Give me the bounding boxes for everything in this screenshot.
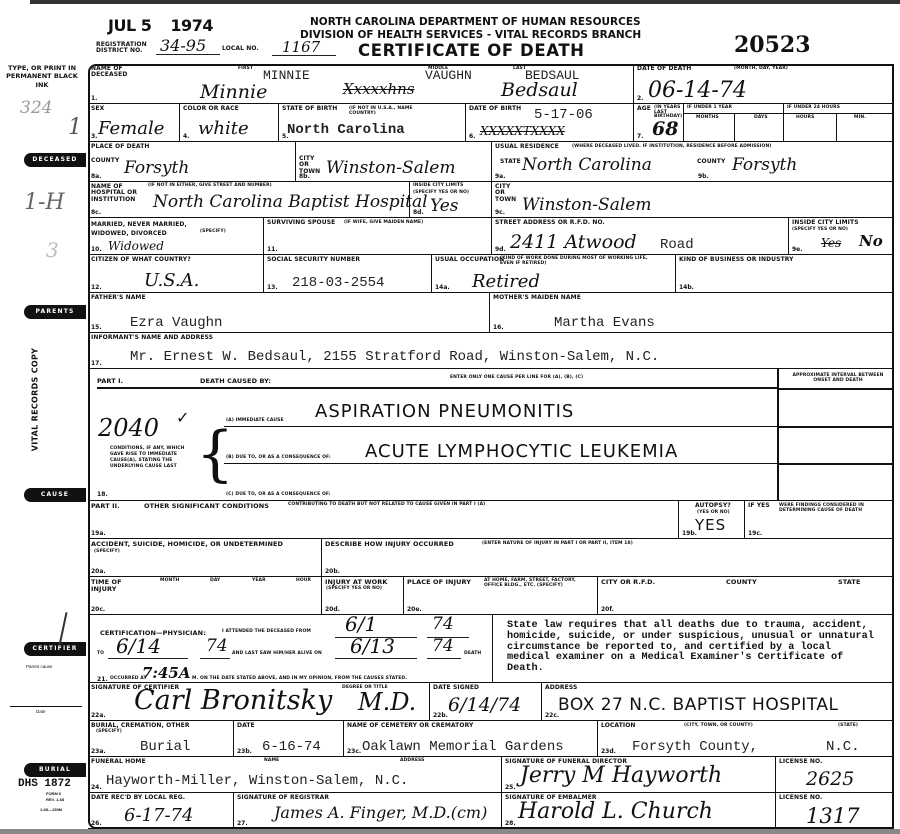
label-cause-c: (c) DUE TO, OR AS A CONSEQUENCE OF:: [226, 493, 331, 498]
certifier-note: Parent cause: [26, 664, 53, 669]
num-28: 28.: [505, 820, 516, 827]
section-tab-deceased: DECEASED: [24, 153, 86, 167]
num-19a: 19a.: [91, 530, 106, 537]
label-cause-a: (a) IMMEDIATE CAUSE: [226, 419, 284, 424]
label-date-of-birth: DATE OF BIRTH: [469, 106, 521, 112]
death-county-value: Forsyth: [124, 158, 189, 178]
num-9a: 9a.: [495, 173, 506, 180]
num-22c: 22c.: [545, 712, 559, 719]
res-city-value: Winston-Salem: [522, 195, 651, 215]
ink-instruction: TYPE, OR PRINT IN PERMANENT BLACK INK: [2, 64, 82, 89]
label-autopsy-sub: (YES OR NO): [697, 511, 730, 516]
field-citizenship[interactable]: CITIZEN OF WHAT COUNTRY? U.S.A. 12.: [88, 255, 264, 293]
num-13: 13.: [267, 284, 278, 291]
label-first: FIRST: [238, 67, 253, 72]
num-20f: 20f.: [601, 606, 614, 613]
check-mark-icon: ✓: [176, 408, 189, 428]
label-marital: MARRIED, NEVER MARRIED, WIDOWED, DIVORCE…: [91, 220, 211, 238]
num-10: 10.: [91, 246, 102, 253]
hospital-value: North Carolina Baptist Hospital: [153, 192, 428, 212]
num-12: 12.: [91, 284, 102, 291]
vital-records-copy: VITAL RECORDS COPY: [31, 345, 40, 455]
local-no-label: LOCAL NO.: [222, 46, 259, 52]
res-state-value: North Carolina: [522, 155, 652, 175]
first-name-typed: MINNIE: [263, 68, 310, 83]
label-time-of-injury: TIME OF INJURY: [91, 579, 131, 593]
last-saw-value: 6/13: [350, 634, 395, 658]
attended-from-value: 6/1: [345, 612, 377, 636]
label-manner: ACCIDENT, SUICIDE, HOMICIDE, OR UNDETERM…: [91, 541, 283, 548]
label-cause-instruction: ENTER ONLY ONE CAUSE PER LINE FOR (a), (…: [450, 376, 583, 381]
label-conditions-note: CONDITIONS, IF ANY, WHICH GAVE RISE TO I…: [110, 446, 190, 470]
field-cemetery[interactable]: NAME OF CEMETERY OR CREMATORY Oaklawn Me…: [344, 721, 598, 757]
res-inside-value: No: [859, 232, 883, 250]
field-business[interactable]: KIND OF BUSINESS OR INDUSTRY 14b.: [676, 255, 894, 293]
label-mother: MOTHER'S MAIDEN NAME: [493, 295, 581, 301]
label-part-1: PART I.: [97, 378, 123, 385]
field-death-city[interactable]: CITY OR TOWN Winston-Salem 8b.: [296, 142, 492, 182]
label-cause-b: (b) DUE TO, OR AS A CONSEQUENCE OF:: [226, 456, 331, 461]
label-part-2: PART II.: [91, 503, 120, 510]
field-embalmer-signature[interactable]: SIGNATURE OF EMBALMER Harold L. Church 2…: [502, 793, 776, 829]
location-state-value: N.C.: [826, 739, 860, 755]
informant-value: Mr. Ernest W. Bedsaul, 2155 Stratford Ro…: [130, 349, 659, 365]
cause-code: 2040: [98, 414, 159, 442]
brace-glyph: {: [196, 424, 234, 484]
registrar-value: James A. Finger, M.D.(cm): [274, 803, 487, 822]
field-residence-state-county[interactable]: USUAL RESIDENCE (WHERE DECEASED LIVED. I…: [492, 142, 894, 182]
middle-name-hand-struck: Xxxxxhns: [343, 80, 415, 98]
field-race[interactable]: COLOR OR RACE white 4.: [180, 104, 279, 142]
num-1: 1.: [91, 95, 97, 102]
form-meta-1: FORM 6: [46, 791, 61, 796]
field-occupation[interactable]: USUAL OCCUPATION (KIND OF WORK DONE DURI…: [432, 255, 676, 293]
scan-edge-top: [30, 0, 900, 4]
field-residence-city[interactable]: CITY OR TOWN Winston-Salem 9c.: [492, 182, 894, 218]
label-month: MONTH: [160, 579, 179, 584]
field-under-24-hours[interactable]: IF UNDER 24 HOURS HOURS MIN.: [784, 104, 894, 142]
label-burial-date: DATE: [237, 723, 255, 729]
stamp-year: 1974: [170, 16, 213, 35]
field-embalmer-license[interactable]: LICENSE NO. 1317: [776, 793, 894, 829]
director-license-value: 2625: [806, 768, 854, 790]
death-city-value: Winston-Salem: [326, 158, 455, 178]
res-inside-struck: Yes: [821, 236, 841, 250]
num-23c: 23c.: [347, 748, 361, 755]
num-5: 5.: [282, 133, 288, 140]
num-23a: 23a.: [91, 748, 106, 755]
field-injury-at-work[interactable]: INJURY AT WORK (SPECIFY YES OR NO) 20d.: [322, 577, 404, 615]
field-ssn[interactable]: SOCIAL SECURITY NUMBER 218-03-2554 13.: [264, 255, 432, 293]
field-certifier-address[interactable]: ADDRESS BOX 27 N.C. BAPTIST HOSPITAL 22c…: [542, 683, 894, 721]
label-year: YEAR: [252, 579, 266, 584]
pencil-mark-1: 324: [20, 98, 52, 118]
res-county-value: Forsyth: [732, 155, 797, 175]
num-9d: 9d.: [495, 246, 506, 253]
certificate-number: 20523: [734, 32, 811, 58]
label-at-work-sub: (SPECIFY YES OR NO): [326, 587, 382, 592]
label-res-city: CITY OR TOWN: [495, 184, 519, 203]
label-race: COLOR OR RACE: [183, 106, 239, 112]
label-place-of-death: PLACE OF DEATH: [91, 144, 150, 150]
label-date-received: DATE REC'D BY LOCAL REG.: [91, 795, 185, 801]
section-tab-parents: PARENTS: [24, 305, 86, 319]
field-date-of-death[interactable]: DATE OF DEATH (MONTH, DAY, YEAR) 06-14-7…: [634, 64, 894, 104]
age-value: 68: [652, 118, 678, 140]
race-value: white: [198, 118, 249, 139]
label-describe: DESCRIBE HOW INJURY OCCURRED: [325, 541, 454, 548]
field-age[interactable]: AGE (IN YEARS LAST BIRTHDAY) 68 7.: [634, 104, 684, 142]
label-place-sub: AT HOME, FARM, STREET, FACTORY, OFFICE B…: [484, 579, 594, 588]
field-mother-maiden-name[interactable]: MOTHER'S MAIDEN NAME Martha Evans 16.: [490, 293, 894, 333]
num-15: 15.: [91, 324, 102, 331]
label-address: ADDRESS: [545, 685, 577, 691]
street-value-hand: 2411 Atwood: [510, 231, 637, 253]
funeral-director-value: Jerry M Hayworth: [520, 763, 722, 788]
field-manner[interactable]: ACCIDENT, SUICIDE, HOMICIDE, OR UNDETERM…: [88, 539, 322, 577]
field-date-of-birth[interactable]: DATE OF BIRTH 5-17-06 XXXXXTXXXX 6.: [466, 104, 634, 142]
num-24: 24.: [91, 784, 102, 791]
num-20d: 20d.: [325, 606, 340, 613]
label-ssn: SOCIAL SECURITY NUMBER: [267, 257, 360, 263]
registration-district-value: 34-95: [160, 36, 206, 55]
num-25: 25.: [505, 784, 516, 791]
middle-name-typed: VAUGHN: [425, 68, 472, 83]
num-22b: 22b.: [433, 712, 448, 719]
funeral-home-value: Hayworth-Miller, Winston-Salem, N.C.: [106, 773, 408, 789]
label-at-work: INJURY AT WORK: [325, 579, 388, 586]
num-18: 18.: [97, 492, 108, 498]
occupation-value: Retired: [472, 271, 540, 292]
num-4: 4.: [183, 133, 189, 140]
label-informant: INFORMANT'S NAME AND ADDRESS: [91, 335, 213, 341]
label-state-of-birth: STATE OF BIRTH: [282, 106, 337, 112]
num-17: 17.: [91, 360, 102, 367]
label-place-of-injury: PLACE OF INJURY: [407, 579, 471, 586]
num-11: 11.: [267, 246, 278, 253]
pencil-mark-2: 1: [68, 115, 82, 140]
father-value: Ezra Vaughn: [130, 315, 222, 331]
field-father-name[interactable]: FATHER'S NAME Ezra Vaughn 15.: [88, 293, 490, 333]
num-22a: 22a.: [91, 712, 106, 719]
date-signed-value: 6/14/74: [448, 694, 521, 716]
field-under-1-year[interactable]: IF UNDER 1 YEAR MONTHS DAYS: [684, 104, 784, 142]
label-other-conditions-sub: CONTRIBUTING TO DEATH BUT NOT RELATED TO…: [288, 503, 485, 508]
registration-underline: [156, 54, 220, 55]
num-9c: 9c.: [495, 209, 505, 216]
label-disposition-sub: (SPECIFY): [96, 730, 122, 735]
label-occupation-sub: (KIND OF WORK DONE DURING MOST OF WORKIN…: [500, 257, 650, 266]
burial-date-value: 6-16-74: [262, 739, 321, 755]
field-street-address[interactable]: STREET ADDRESS OR R.F.D. No. 2411 Atwood…: [492, 218, 789, 255]
label-father: FATHER'S NAME: [91, 295, 146, 301]
num-19c: 19c.: [748, 530, 762, 537]
label-sex: SEX: [91, 106, 104, 112]
sex-value: Female: [98, 118, 164, 139]
label-if-yes: IF YES: [748, 503, 770, 509]
local-no-underline: [272, 55, 336, 56]
date-of-death-value: 06-14-74: [648, 78, 747, 103]
field-name-of-deceased[interactable]: NAME OF DECEASED FIRST MIDDLE LAST MINNI…: [88, 64, 634, 104]
label-findings: WERE FINDINGS CONSIDERED IN DETERMINING …: [779, 504, 889, 513]
form-id: DHS 1872: [18, 778, 71, 790]
form-meta-3: 1-68—150M: [40, 807, 62, 812]
date-of-birth-struck: XXXXXTXXXX: [480, 124, 565, 138]
state-law-note: State law requires that all deaths due t…: [507, 621, 879, 675]
stamp-date: JUL 5: [108, 16, 151, 35]
field-injury-location[interactable]: CITY OR R.F.D. COUNTY STATE 20f.: [598, 577, 894, 615]
num-14a: 14a.: [435, 284, 450, 291]
num-14b: 14b.: [679, 284, 694, 291]
registration-district-label: REGISTRATION DISTRICT NO.: [96, 42, 158, 55]
label-name: NAME OF DECEASED: [91, 66, 131, 79]
field-autopsy[interactable]: AUTOPSY? (YES OR NO) YES 19b.: [679, 501, 745, 539]
label-residence: USUAL RESIDENCE: [495, 144, 559, 150]
label-occurred-suffix: M. ON THE DATE STATED ABOVE, AND IN MY O…: [192, 677, 407, 682]
field-date-received[interactable]: DATE REC'D BY LOCAL REG. 6-17-74 26.: [88, 793, 234, 829]
time-of-death-value: 7:45A: [142, 664, 191, 682]
num-3: 3.: [91, 133, 97, 140]
label-attended-from: I ATTENDED THE DECEASED FROM: [222, 630, 311, 635]
num-23b: 23b.: [237, 748, 252, 755]
field-burial-date[interactable]: DATE 6-16-74 23b.: [234, 721, 344, 757]
num-20e: 20e.: [407, 606, 422, 613]
label-embalmer-license: LICENSE NO.: [779, 795, 822, 801]
label-residence-sub: (WHERE DECEASED LIVED. IF INSTITUTION, R…: [572, 145, 772, 150]
label-res-inside: INSIDE CITY LIMITS: [792, 220, 859, 226]
field-injury-description[interactable]: DESCRIBE HOW INJURY OCCURRED (ENTER NATU…: [322, 539, 894, 577]
label-occupation: USUAL OCCUPATION: [435, 257, 504, 263]
received-stamp: JUL 5 1974: [108, 16, 213, 35]
label-death-caused-by: DEATH CAUSED BY:: [200, 378, 271, 385]
field-hospital[interactable]: NAME OF HOSPITAL OR INSTITUTION (IF NOT …: [88, 182, 410, 218]
label-spouse-sub: (IF WIFE, GIVE MAIDEN NAME): [344, 221, 423, 226]
num-9e: 9e.: [792, 246, 803, 253]
label-res-inside-sub: (SPECIFY YES OR NO): [792, 228, 848, 233]
field-informant[interactable]: INFORMANT'S NAME AND ADDRESS Mr. Ernest …: [88, 333, 894, 369]
num-2: 2.: [637, 95, 643, 102]
state-law-note-box: State law requires that all deaths due t…: [493, 615, 894, 683]
field-place-of-injury[interactable]: PLACE OF INJURY AT HOME, FARM, STREET, F…: [404, 577, 598, 615]
certifier-signature-value: Carl Bronitsky: [134, 685, 332, 716]
label-injury-city: CITY OR R.F.D.: [601, 579, 655, 586]
num-8c: 8c.: [91, 209, 101, 216]
field-director-license[interactable]: LICENSE NO. 2625: [776, 757, 894, 793]
certifier-degree-value: M.D.: [358, 688, 416, 716]
label-spouse: SURVIVING SPOUSE: [267, 220, 335, 226]
num-20b: 20b.: [325, 568, 340, 575]
label-marital-sub: (SPECIFY): [200, 230, 226, 235]
num-8a: 8a.: [91, 173, 102, 180]
label-inside-limits: INSIDE CITY LIMITS: [413, 184, 463, 189]
label-funeral-home: FUNERAL HOME: [91, 759, 146, 765]
scan-edge-bottom: [0, 829, 900, 834]
label-cemetery: NAME OF CEMETERY OR CREMATORY: [347, 723, 473, 729]
label-days: DAYS: [754, 116, 768, 121]
field-disposition[interactable]: BURIAL, CREMATION, OTHER (SPECIFY) Buria…: [88, 721, 234, 757]
num-23d: 23d.: [601, 748, 616, 755]
first-name-hand: Minnie: [200, 81, 267, 103]
label-date-of-death: DATE OF DEATH: [637, 66, 691, 72]
pencil-mark-3: 1-H: [24, 190, 65, 215]
ssn-value: 218-03-2554: [292, 275, 384, 291]
field-surviving-spouse[interactable]: SURVIVING SPOUSE (IF WIFE, GIVE MAIDEN N…: [264, 218, 492, 255]
date-note: Date: [36, 709, 46, 714]
num-20a: 20a.: [91, 568, 106, 575]
sidebar-signature-line: [10, 706, 82, 707]
label-registrar: SIGNATURE OF REGISTRAR: [237, 795, 329, 801]
agency-line-1: NORTH CAROLINA DEPARTMENT OF HUMAN RESOU…: [310, 16, 641, 28]
label-location: LOCATION: [601, 723, 636, 729]
label-under-1-year: IF UNDER 1 YEAR: [687, 106, 732, 111]
inside-limits-value: Yes: [430, 196, 459, 216]
label-under-24-hours: IF UNDER 24 HOURS: [787, 106, 840, 111]
field-registrar-signature[interactable]: SIGNATURE OF REGISTRAR James A. Finger, …: [234, 793, 502, 829]
num-16: 16.: [493, 324, 504, 331]
state-of-birth-value: North Carolina: [287, 122, 405, 138]
form-meta-2: REV. 1-68: [46, 797, 64, 802]
agency-line-2: DIVISION OF HEALTH SERVICES - VITAL RECO…: [300, 29, 641, 41]
num-19b: 19b.: [682, 530, 697, 537]
num-9b: 9b.: [698, 173, 709, 180]
label-hour: HOUR: [296, 579, 311, 584]
label-months: MONTHS: [696, 116, 719, 121]
label-citizen: CITIZEN OF WHAT COUNTRY?: [91, 257, 191, 263]
label-last-saw: AND LAST SAW HIM/HER ALIVE ON: [232, 652, 322, 657]
label-location-state: (STATE): [838, 724, 858, 729]
section-tab-certifier: CERTIFIER: [24, 642, 86, 656]
field-findings[interactable]: IF YES WERE FINDINGS CONSIDERED IN DETER…: [745, 501, 894, 539]
label-hospital-sub: (IF NOT IN EITHER, GIVE STREET AND NUMBE…: [148, 184, 272, 189]
label-director-license: LICENSE NO.: [779, 759, 822, 765]
label-to: TO: [97, 652, 104, 657]
citizen-value: U.S.A.: [144, 270, 199, 291]
label-county: COUNTY: [91, 158, 119, 164]
last-name-hand: Bedsaul: [501, 79, 578, 101]
field-other-conditions[interactable]: PART II. OTHER SIGNIFICANT CONDITIONS CO…: [88, 501, 679, 539]
label-date-of-death-sub: (MONTH, DAY, YEAR): [734, 67, 788, 72]
label-business: KIND OF BUSINESS OR INDUSTRY: [679, 257, 794, 263]
street-value-typed: Road: [660, 237, 694, 253]
num-20c: 20c.: [91, 606, 105, 613]
label-other-conditions: OTHER SIGNIFICANT CONDITIONS: [144, 503, 269, 510]
label-street: STREET ADDRESS OR R.F.D. No.: [495, 220, 605, 226]
label-date-signed: DATE SIGNED: [433, 685, 479, 691]
last-saw-year: 74: [432, 636, 454, 656]
label-describe-sub: (ENTER NATURE OF INJURY IN PART I OR PAR…: [482, 542, 633, 547]
num-27: 27.: [237, 820, 248, 827]
date-received-value: 6-17-74: [124, 805, 193, 826]
cause-b-value: ACUTE LYMPHOCYTIC LEUKEMIA: [365, 441, 678, 462]
num-6: 6.: [469, 133, 475, 140]
num-8b: 8b.: [299, 173, 310, 180]
field-res-inside-city-limits[interactable]: INSIDE CITY LIMITS (SPECIFY YES OR NO) Y…: [789, 218, 894, 255]
label-day: DAY: [210, 579, 220, 584]
label-state-of-birth-sub: (IF NOT IN U.S.A., NAME COUNTRY): [349, 107, 439, 116]
label-death: DEATH: [464, 652, 481, 657]
label-location-sub: (CITY, TOWN, OR COUNTY): [684, 724, 753, 729]
pen-stroke: [58, 612, 67, 646]
label-autopsy: AUTOPSY?: [695, 503, 731, 509]
embalmer-value: Harold L. Church: [518, 799, 713, 824]
section-tab-burial: BURIAL: [24, 763, 86, 777]
field-date-signed[interactable]: DATE SIGNED 6/14/74 22b.: [430, 683, 542, 721]
autopsy-value: YES: [695, 516, 726, 534]
label-inside-limits-sub: (SPECIFY YES OR NO): [413, 191, 469, 196]
label-injury-county: COUNTY: [726, 579, 757, 586]
label-manner-sub: (SPECIFY): [94, 550, 120, 555]
label-res-county: COUNTY: [697, 159, 725, 165]
field-funeral-director[interactable]: SIGNATURE OF FUNERAL DIRECTOR Jerry M Ha…: [502, 757, 776, 793]
label-hours: HOURS: [796, 116, 814, 121]
field-marital-status[interactable]: MARRIED, NEVER MARRIED, WIDOWED, DIVORCE…: [88, 218, 264, 255]
label-funeral-address: ADDRESS: [400, 759, 424, 764]
num-8d: 8d.: [413, 209, 424, 216]
page-title: CERTIFICATE OF DEATH: [358, 41, 585, 60]
embalmer-license-value: 1317: [806, 804, 859, 828]
field-inside-city-limits[interactable]: INSIDE CITY LIMITS (SPECIFY YES OR NO) Y…: [410, 182, 492, 218]
attended-to-value: 6/14: [116, 634, 161, 658]
attended-from-year: 74: [432, 614, 454, 634]
certifier-address-value: BOX 27 N.C. BAPTIST HOSPITAL: [558, 695, 838, 715]
label-min: MIN.: [854, 116, 866, 121]
field-death-county[interactable]: PLACE OF DEATH COUNTY Forsyth 8a.: [88, 142, 296, 182]
label-res-state: STATE: [500, 159, 521, 165]
cemetery-value: Oaklawn Memorial Gardens: [362, 739, 564, 755]
field-sex[interactable]: SEX Female 3.: [88, 104, 180, 142]
disposition-value: Burial: [140, 739, 190, 755]
field-burial-location[interactable]: LOCATION (CITY, TOWN, OR COUNTY) (STATE)…: [598, 721, 894, 757]
date-of-birth-typed: 5-17-06: [534, 107, 593, 123]
field-state-of-birth[interactable]: STATE OF BIRTH (IF NOT IN U.S.A., NAME C…: [279, 104, 466, 142]
location-value: Forsyth County,: [632, 739, 758, 755]
field-certifier-signature[interactable]: SIGNATURE OF CERTIFIER DEGREE OR TITLE C…: [88, 683, 430, 721]
section-tab-cause: CAUSE: [24, 488, 86, 502]
mother-value: Martha Evans: [554, 315, 655, 331]
attended-to-year: 74: [206, 636, 228, 656]
field-funeral-home[interactable]: FUNERAL HOME NAME ADDRESS Hayworth-Mille…: [88, 757, 502, 793]
pencil-mark-4: 3: [46, 238, 59, 262]
label-injury-state: STATE: [838, 579, 861, 586]
num-7: 7.: [637, 133, 643, 140]
label-interval: APPROXIMATE INTERVAL BETWEEN ONSET AND D…: [786, 374, 890, 383]
num-26: 26.: [91, 820, 102, 827]
cause-a-value: ASPIRATION PNEUMONITIS: [315, 401, 574, 422]
marital-value: Widowed: [108, 239, 164, 253]
label-funeral-name: NAME: [264, 759, 279, 764]
field-time-of-injury[interactable]: TIME OF INJURY MONTH DAY YEAR HOUR 20c.: [88, 577, 322, 615]
label-hospital: NAME OF HOSPITAL OR INSTITUTION: [91, 184, 141, 203]
label-age: AGE: [637, 106, 651, 112]
